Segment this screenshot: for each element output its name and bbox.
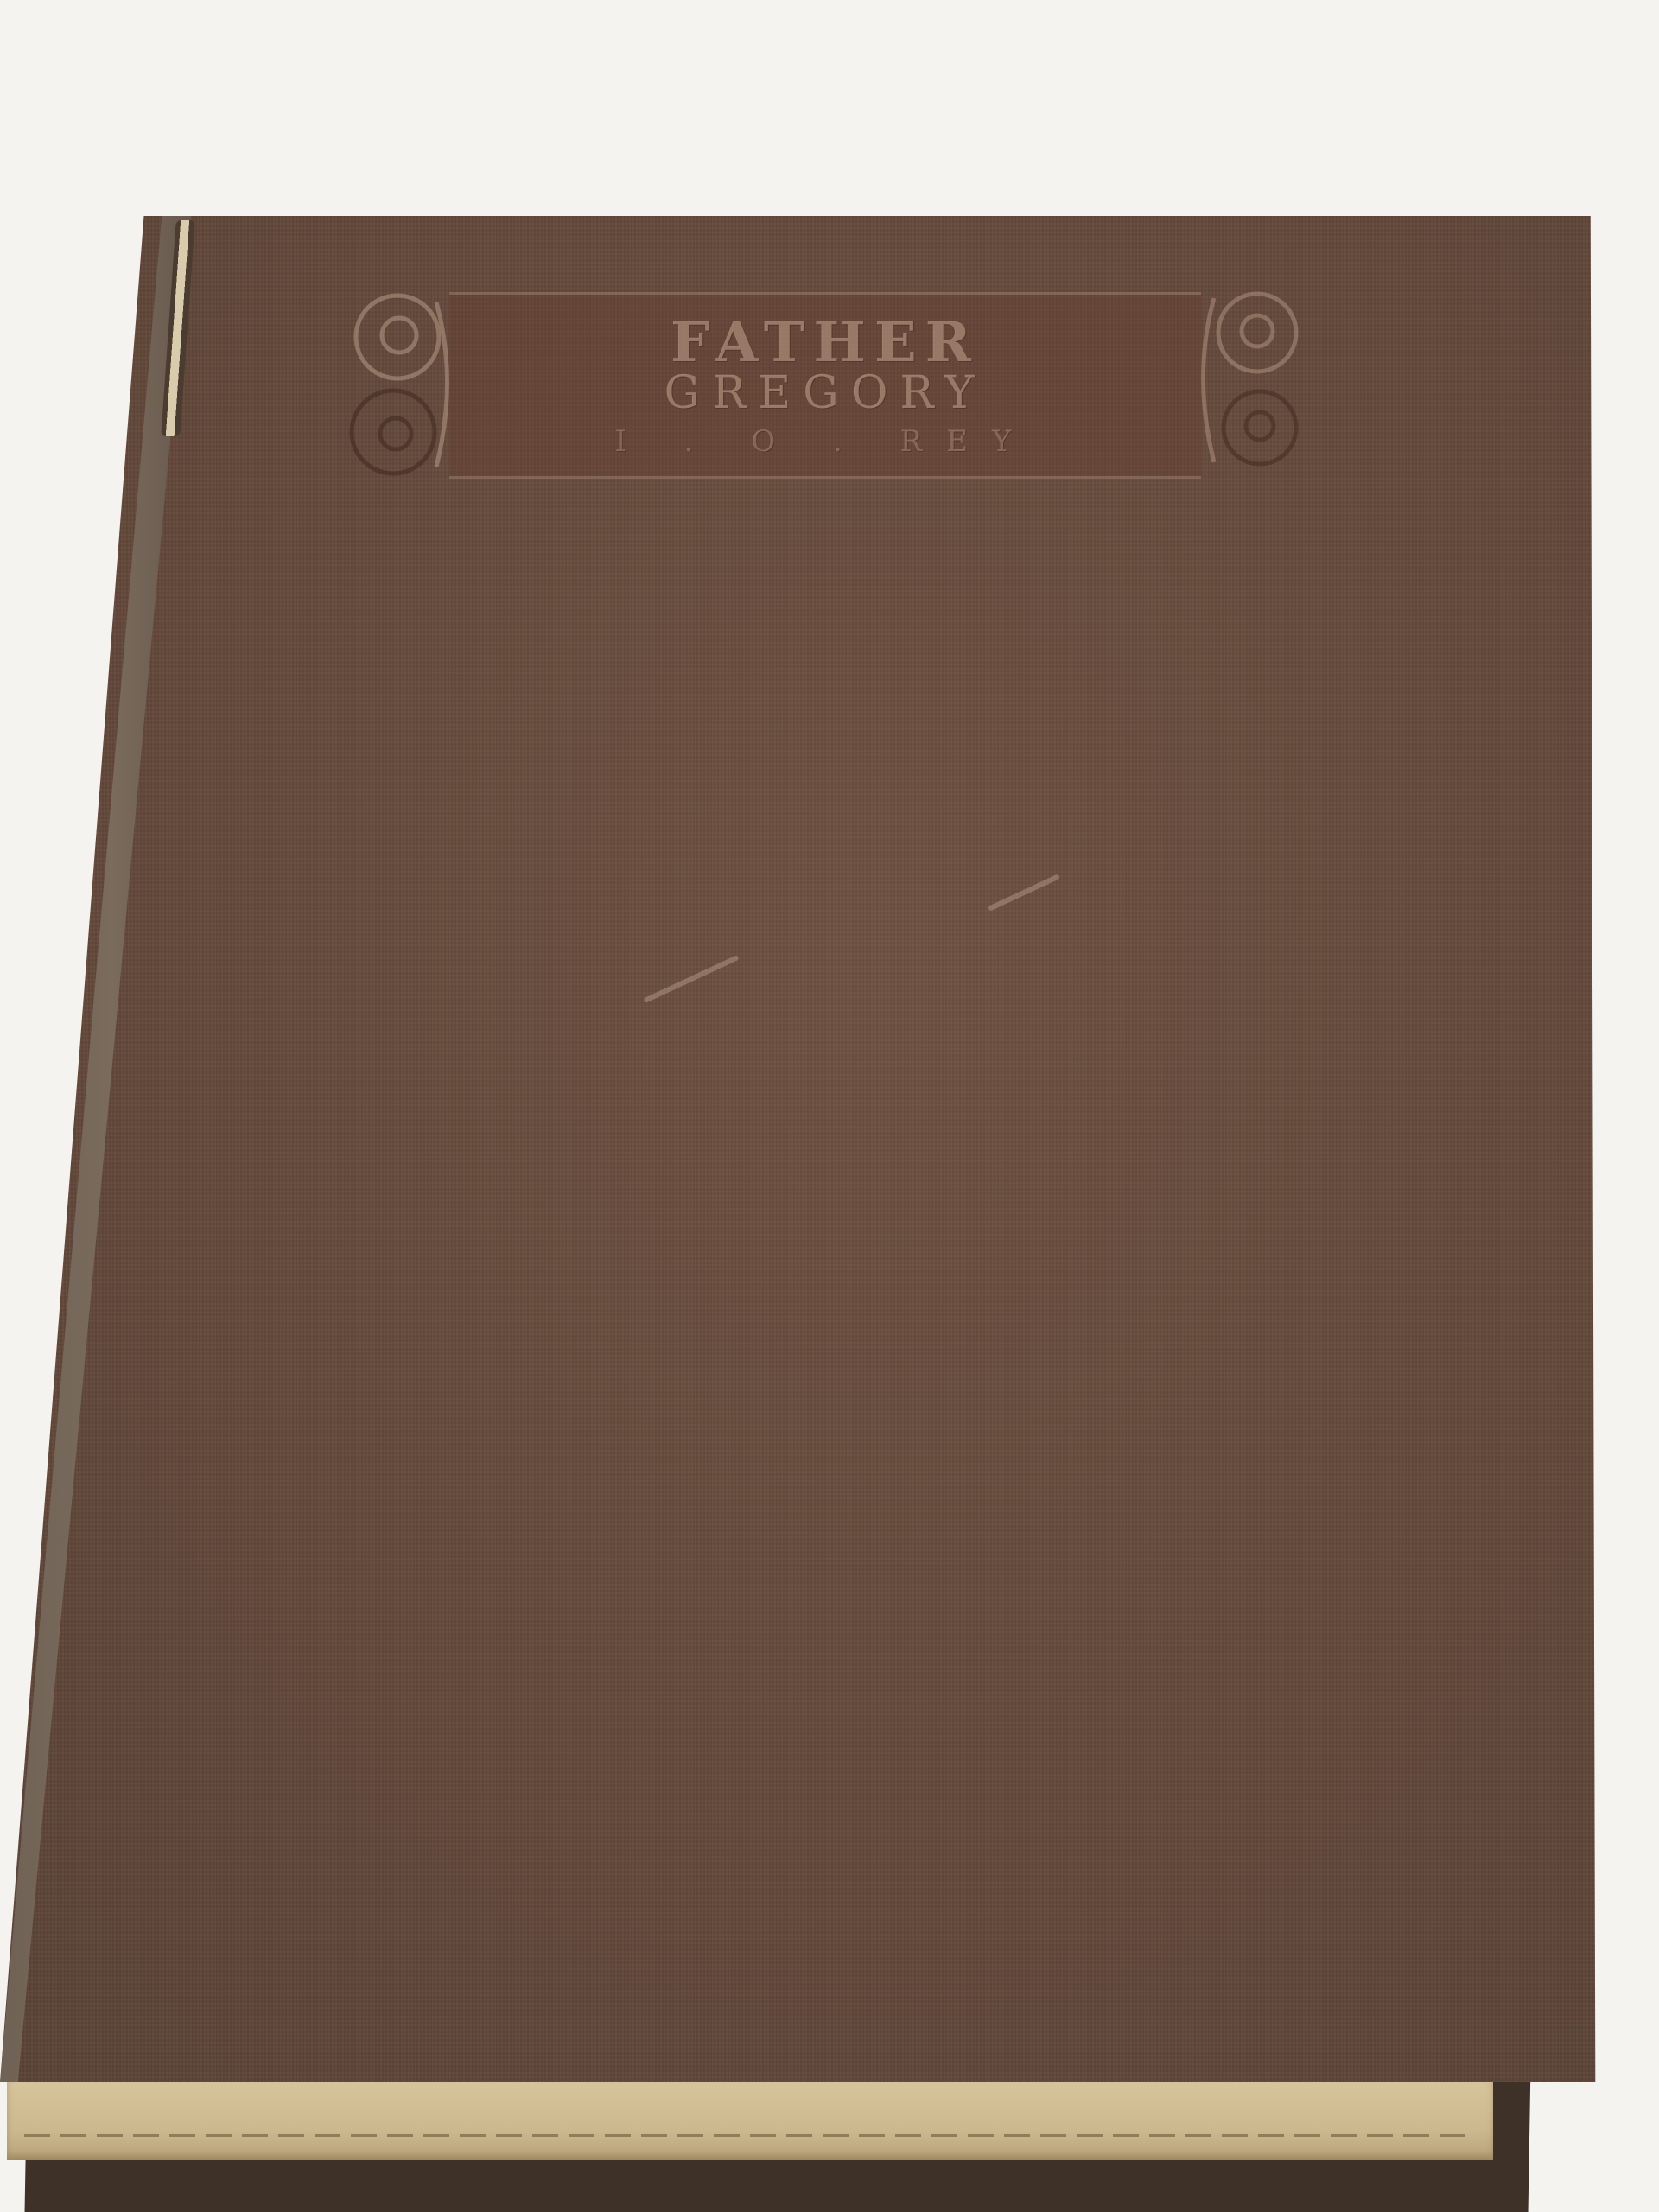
title-line-2: GREGORY — [449, 367, 1201, 419]
title-line-1: FATHER — [449, 310, 1201, 375]
page-edge-lines — [24, 2134, 1476, 2137]
scroll-ornament-left-icon — [328, 285, 458, 484]
book-photo: FATHER GREGORY I . O . REY — [0, 0, 1659, 2212]
page-edges — [7, 2082, 1493, 2160]
scroll-ornament-right-icon — [1192, 281, 1322, 480]
author-line: I . O . REY — [449, 424, 1201, 459]
title-panel: FATHER GREGORY I . O . REY — [449, 292, 1201, 479]
book-cover — [0, 216, 1599, 2082]
